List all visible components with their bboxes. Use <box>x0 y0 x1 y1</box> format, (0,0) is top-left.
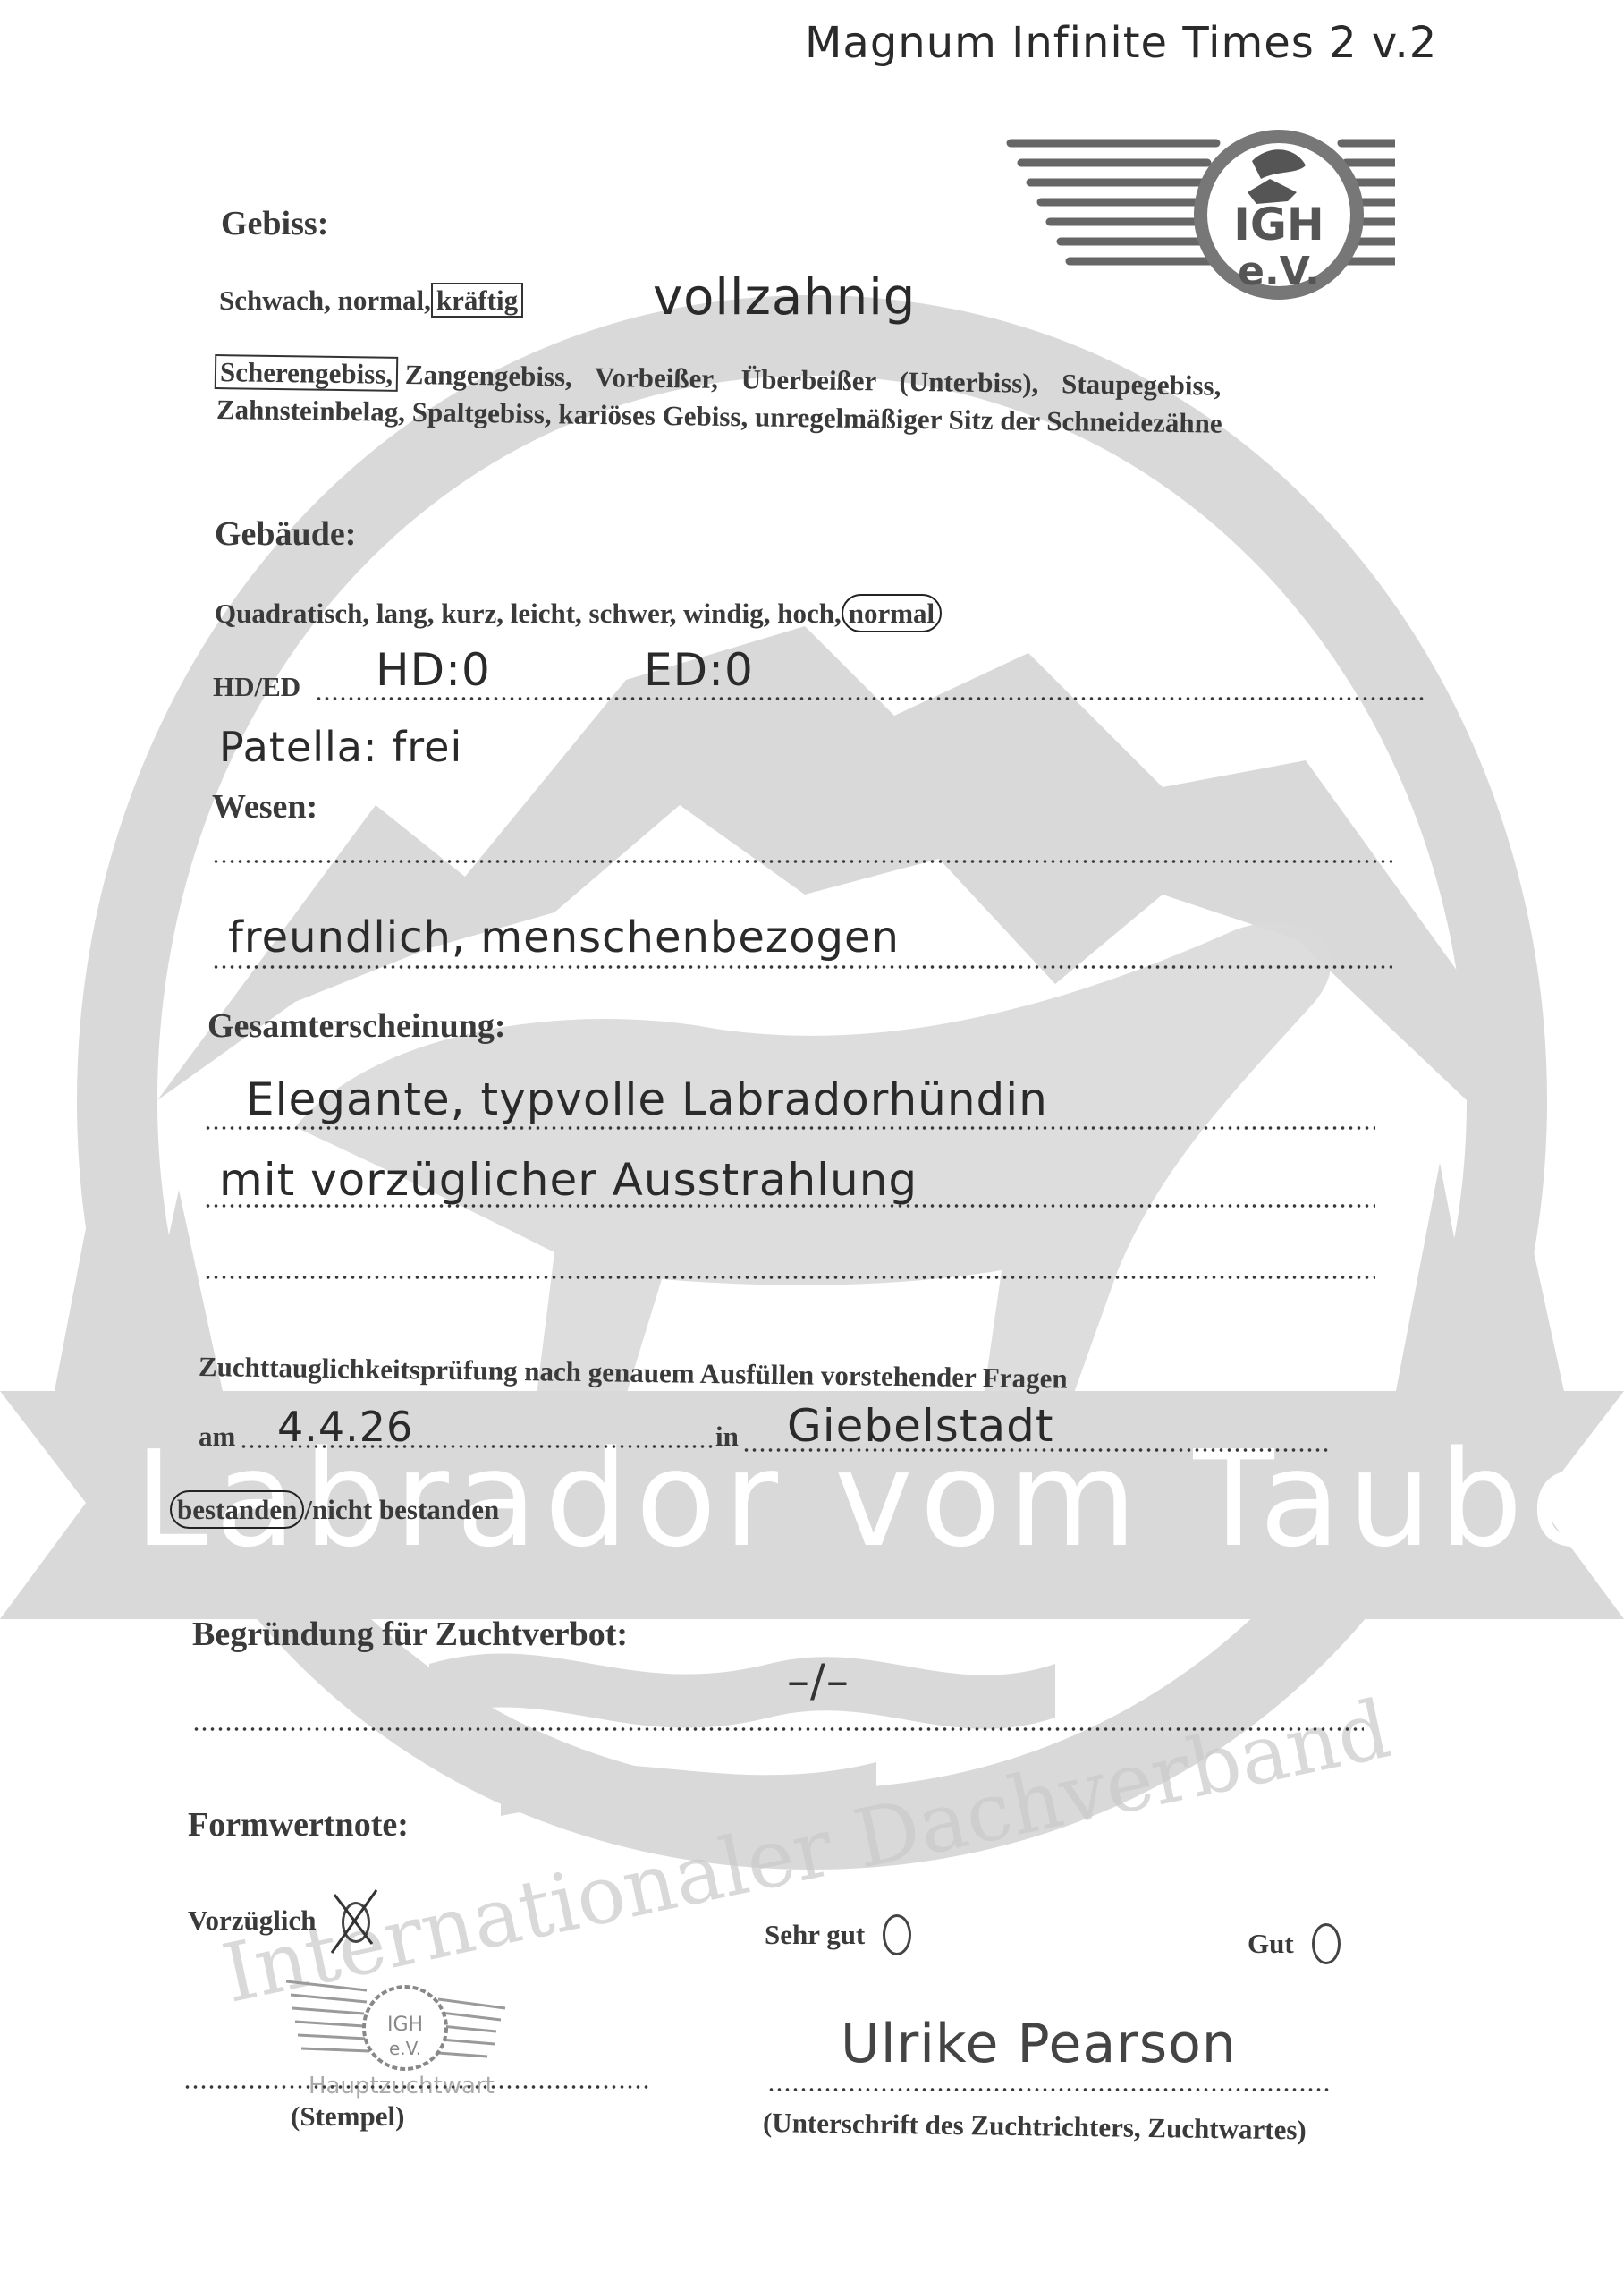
gebiss-bite-line2: Zahnsteinbelag, Spaltgebiss, kariöses Ge… <box>216 394 1222 440</box>
judge-caption: (Unterschrift des Zuchtrichters, Zuchtwa… <box>763 2107 1307 2146</box>
pruefung-result-line: bestanden/nicht bestanden <box>170 1494 499 1526</box>
pruefung-result-other: /nicht bestanden <box>304 1494 499 1525</box>
section-heading-zuchtverbot: Begründung für Zuchtverbot: <box>192 1615 628 1654</box>
pruefung-in-label: in <box>715 1421 739 1453</box>
stamp-line <box>183 2084 648 2090</box>
section-heading-formwertnote: Formwertnote: <box>188 1805 409 1845</box>
grade-circle-icon[interactable] <box>1312 1923 1341 1964</box>
zuchtverbot-line <box>192 1726 1364 1732</box>
pruefung-date: 4.4.26 <box>277 1403 413 1451</box>
svg-text:IGH: IGH <box>387 2014 423 2036</box>
svg-text:e.V.: e.V. <box>1238 249 1320 294</box>
section-heading-wesen: Wesen: <box>212 787 317 827</box>
gebaeude-options-line: Quadratisch, lang, kurz, leicht, schwer,… <box>215 598 942 630</box>
grade-label-sehr-gut: Sehr gut <box>765 1919 865 1951</box>
gesamt-line-1 <box>204 1125 1375 1131</box>
section-heading-gesamterscheinung: Gesamterscheinung: <box>207 1006 506 1046</box>
grade-option-gut[interactable]: Gut <box>1248 1923 1341 1964</box>
grade-label-gut: Gut <box>1248 1928 1294 1960</box>
hded-label: HD/ED <box>213 671 300 703</box>
pruefung-result-selected: bestanden <box>170 1490 304 1529</box>
gebiss-handwritten-note: vollzahnig <box>653 268 916 327</box>
gebiss-bite-options: Zangengebiss, Vorbeißer, Überbeißer (Unt… <box>405 359 1222 402</box>
gesamt-value-line1: Elegante, typvolle Labradorhündin <box>246 1073 1048 1125</box>
zuchtverbot-value: –/– <box>787 1655 850 1707</box>
svg-text:IGH: IGH <box>1233 199 1324 250</box>
gebiss-strength-selected: kräftig <box>431 283 523 318</box>
igh-logo-icon: IGH e.V. <box>1002 125 1395 313</box>
wesen-value: freundlich, menschenbezogen <box>228 912 900 963</box>
handwritten-header-note: Magnum Infinite Times 2 v.2 <box>805 18 1437 68</box>
hd-value: HD:0 <box>376 644 491 696</box>
section-heading-gebiss: Gebiss: <box>221 204 328 243</box>
wesen-line-2 <box>212 964 1392 970</box>
gesamt-line-3 <box>204 1275 1375 1280</box>
igh-stamp-icon: IGH e.V. <box>282 1972 514 2080</box>
pruefung-statement: Zuchttauglichkeitsprüfung nach genauem A… <box>199 1351 1068 1395</box>
svg-text:e.V.: e.V. <box>389 2038 421 2059</box>
gebiss-bite-selected: Scherengebiss, <box>215 354 399 392</box>
gesamt-value-line2: mit vorzüglicher Ausstrahlung <box>219 1154 918 1206</box>
gebiss-strength-line: Schwach, normal,kräftig <box>219 284 523 317</box>
section-heading-gebaeude: Gebäude: <box>215 514 356 554</box>
igh-logo: IGH e.V. <box>1002 125 1395 313</box>
gebaeude-selected: normal <box>842 594 942 632</box>
grade-option-vorzueglich[interactable]: Vorzüglich <box>188 1898 372 1943</box>
gebiss-strength-options: Schwach, normal, <box>219 284 431 316</box>
grade-option-sehr-gut[interactable]: Sehr gut <box>765 1914 911 1955</box>
svg-text:Internationaler Dachverband: Internationaler Dachverband <box>215 1683 1398 2022</box>
hded-line <box>315 696 1424 701</box>
ed-value: ED:0 <box>644 644 754 696</box>
grade-circle-icon[interactable] <box>883 1914 911 1955</box>
grade-checkbox-vorzueglich[interactable] <box>336 1898 372 1943</box>
pruefung-location: Giebelstadt <box>787 1400 1053 1452</box>
gebaeude-options: Quadratisch, lang, kurz, leicht, schwer,… <box>215 598 842 629</box>
patella-note: Patella: frei <box>219 723 462 771</box>
cross-mark-icon <box>327 1886 381 1957</box>
signature-line <box>767 2087 1331 2092</box>
pruefung-am-label: am <box>199 1421 235 1453</box>
wesen-line-1 <box>212 859 1392 864</box>
stamp-caption: (Stempel) <box>291 2100 404 2133</box>
grade-label-vorzueglich: Vorzüglich <box>188 1904 317 1937</box>
judge-signature: Ulrike Pearson <box>841 2013 1237 2075</box>
